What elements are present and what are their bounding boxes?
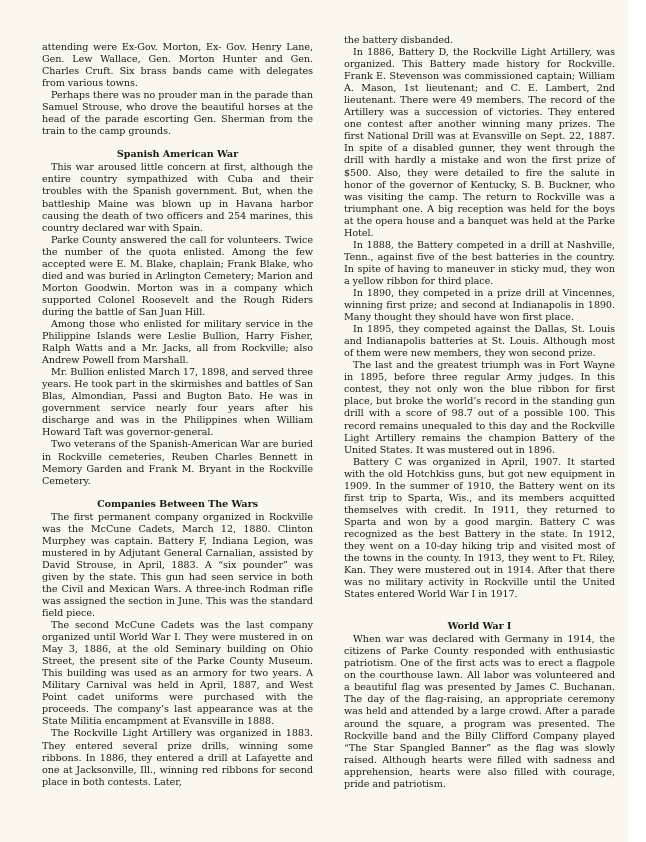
paragraph: Two veterans of the Spanish-American War… [42, 439, 313, 487]
paragraph: In 1888, the Battery competed in a drill… [344, 240, 615, 288]
paragraph: When war was declared with Germany in 19… [344, 634, 615, 791]
paragraph: The last and the greatest triumph was in… [344, 360, 615, 456]
paragraph: The Rockville Light Artillery was organi… [42, 728, 313, 788]
paragraph: Battery C was organized in April, 1907. … [344, 457, 615, 602]
paragraph: Among those who enlisted for military se… [42, 319, 313, 367]
paragraph: In 1890, they competed in a prize drill … [344, 288, 615, 324]
paragraph: Mr. Bullion enlisted March 17, 1898, and… [42, 367, 313, 439]
left-column: attending were Ex-Gov. Morton, Ex- Gov. … [42, 42, 313, 789]
paragraph: attending were Ex-Gov. Morton, Ex- Gov. … [42, 42, 313, 90]
paragraph: The second McCune Cadets was the last co… [42, 620, 313, 728]
section-heading-world-war-i: World War I [344, 621, 615, 633]
paragraph: Parke County answered the call for volun… [42, 235, 313, 319]
paragraph: The first permanent company organized in… [42, 512, 313, 620]
paragraph: This war aroused little concern at first… [42, 162, 313, 234]
section-heading-companies-between-wars: Companies Between The Wars [42, 499, 313, 511]
page-edge-strip [628, 0, 646, 842]
paragraph: In 1886, Battery D, the Rockville Light … [344, 47, 615, 240]
right-column: the battery disbanded. In 1886, Battery … [344, 35, 615, 791]
paragraph: the battery disbanded. [344, 35, 615, 47]
section-heading-spanish-american-war: Spanish American War [42, 149, 313, 161]
paragraph: In 1895, they competed against the Dalla… [344, 324, 615, 360]
paragraph: Perhaps there was no prouder man in the … [42, 90, 313, 138]
